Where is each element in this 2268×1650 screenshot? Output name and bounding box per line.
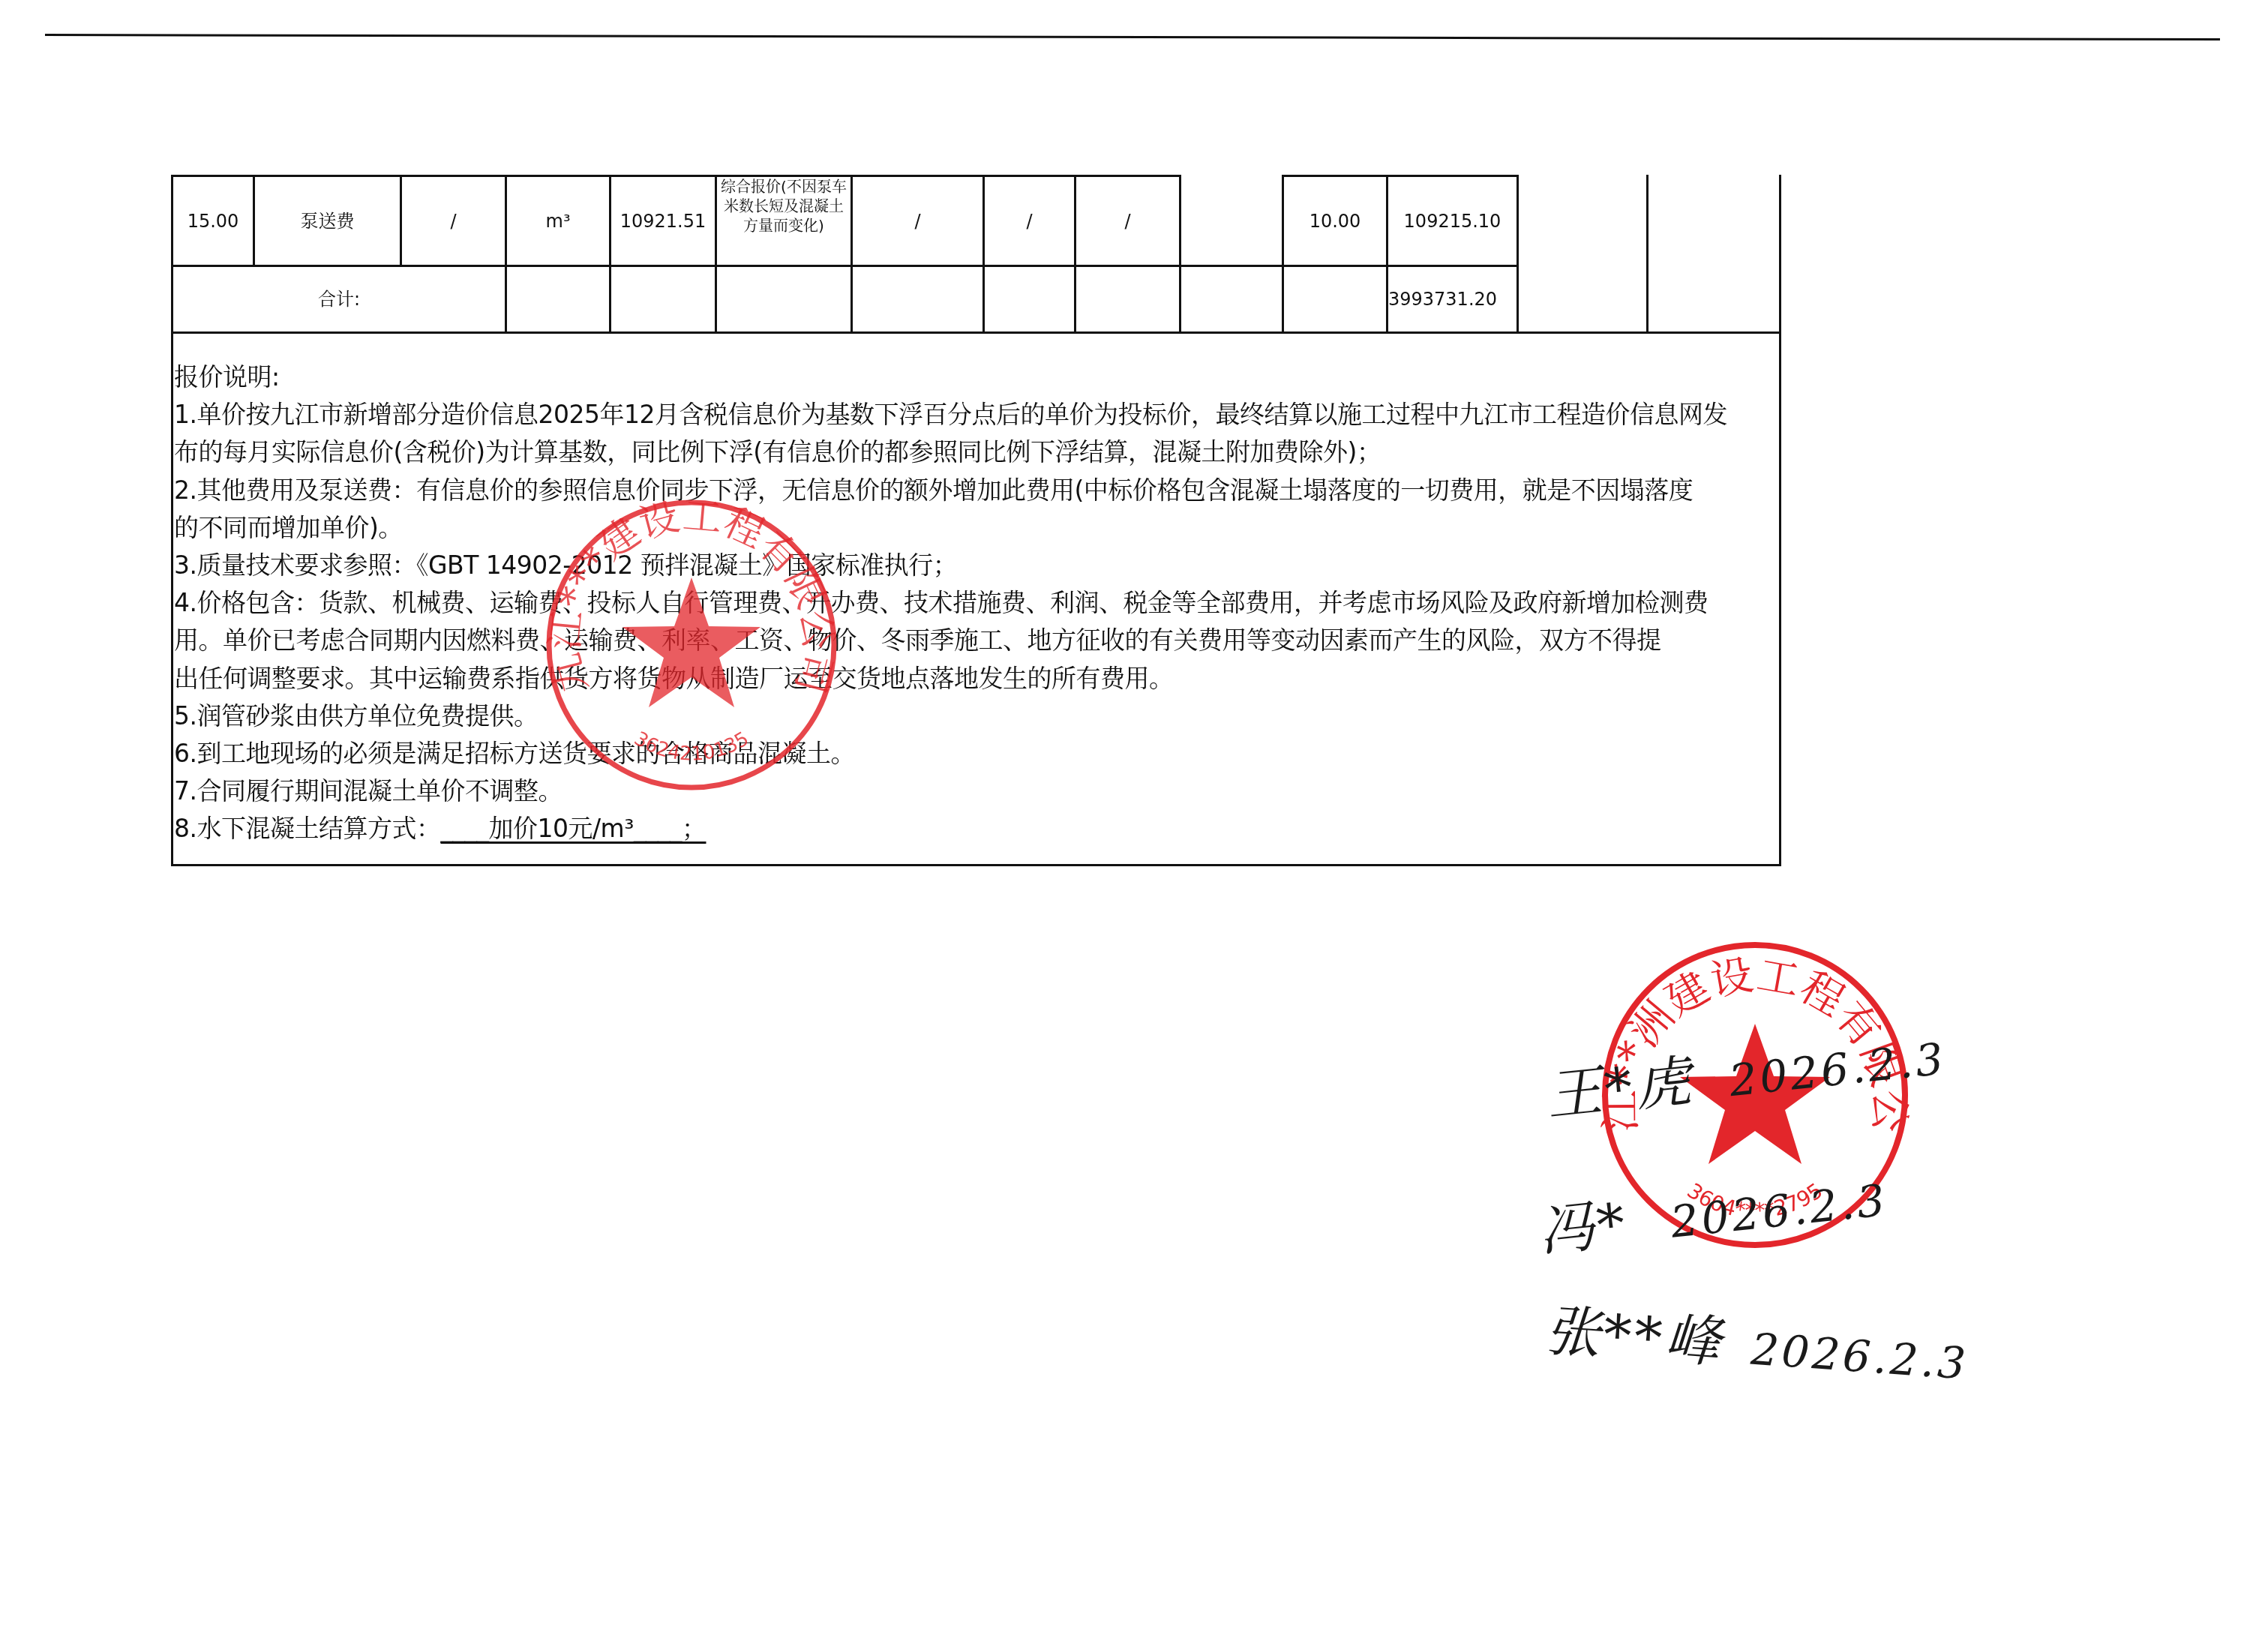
- note-line: 出任何调整要求。其中运输费系指供货方将货物从制造厂运至交货地点落地发生的所有费用…: [174, 660, 1771, 697]
- notes-bottom-border: [171, 864, 1781, 866]
- total-label: 合计:: [173, 267, 505, 331]
- note-line: 4.价格包含：货款、机械费、运输费、投标人自行管理费、开办费、技术措施费、利润、…: [174, 584, 1771, 622]
- cell-col8: /: [985, 177, 1074, 265]
- page-top-rule: [45, 34, 2220, 40]
- cell-spec: /: [402, 177, 505, 265]
- cell-unit: m³: [507, 177, 609, 265]
- note-line: 2.其他费用及泵送费：有信息价的参照信息价同步下浮，无信息价的额外增加此费用(中…: [174, 472, 1771, 509]
- signature-name: 冯*: [1535, 1191, 1630, 1264]
- note-line: 7.合同履行期间混凝土单价不调整。: [174, 772, 1771, 810]
- notes-title: 报价说明:: [174, 358, 1771, 396]
- settlement-value: ____加价10元/m³____；: [441, 814, 706, 843]
- cell-quantity: 10921.51: [611, 177, 715, 265]
- signature-name: 王*虎: [1543, 1049, 1697, 1129]
- signature-3: 张**峰 2026.2.3: [1543, 1286, 1972, 1395]
- note-line: 3.质量技术要求参照：《GBT 14902-2012 预拌混凝土》国家标准执行；: [174, 547, 1771, 584]
- signature-date: 2026.2.3: [1749, 1324, 1969, 1390]
- company-seal-left: 九江***建设工程有限公司 3624210135: [541, 495, 841, 795]
- svg-text:3624210135: 3624210135: [630, 727, 753, 766]
- quotation-notes: 报价说明: 1.单价按九江市新增部分造价信息2025年12月含税信息价为基数下浮…: [174, 358, 1771, 848]
- cell-unit-price: 10.00: [1284, 177, 1386, 265]
- col-divider: [1516, 175, 1519, 331]
- cell-item-name: 泵送费: [255, 177, 400, 265]
- cell-pricing-note: 综合报价(不因泵车米数长短及混凝土方量而变化): [720, 177, 847, 263]
- total-amount: 3993731.20: [1388, 267, 1516, 331]
- col-divider: [1646, 175, 1648, 331]
- note-line: 布的每月实际信息价(含税价)为计算基数，同比例下浮(有信息价的都参照同比例下浮结…: [174, 433, 1771, 471]
- table-bottom-border: [171, 331, 1781, 334]
- note-line: 1.单价按九江市新增部分造价信息2025年12月含税信息价为基数下浮百分点后的单…: [174, 396, 1771, 433]
- signature-date: 2026.2.3: [1726, 1033, 1948, 1106]
- note-line: 5.润管砂浆由供方单位免费提供。: [174, 697, 1771, 735]
- note-line: 6.到工地现场的必须是满足招标方送货要求的合格商品混凝土。: [174, 735, 1771, 772]
- table-right-border: [1779, 175, 1781, 866]
- settlement-label: 8.水下混凝土结算方式：: [174, 814, 441, 843]
- seal-left-code: 3624210135: [630, 727, 753, 766]
- cell-index: 15.00: [173, 177, 253, 265]
- cell-col7: /: [853, 177, 982, 265]
- col-divider: [715, 175, 717, 331]
- signature-name: 张**峰: [1543, 1298, 1725, 1375]
- cell-amount: 109215.10: [1388, 177, 1516, 265]
- cell-col10: [1181, 177, 1282, 265]
- star-icon: [622, 577, 760, 707]
- settlement-line: 8.水下混凝土结算方式：____加价10元/m³____；: [174, 810, 1771, 847]
- note-line: 用。单价已考虑合同期内因燃料费、运输费、利率、工资、物价、冬雨季施工、地方征收的…: [174, 622, 1771, 659]
- note-line: 的不同而增加单价)。: [174, 509, 1771, 547]
- cell-col9: /: [1076, 177, 1179, 265]
